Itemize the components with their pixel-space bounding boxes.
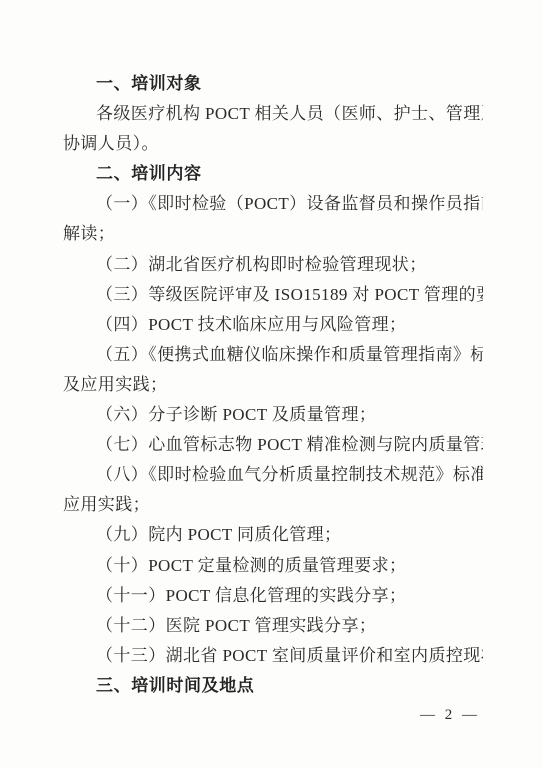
list-item-3: （三）等级医院评审及 ISO15189 对 POCT 管理的要求； <box>63 280 483 310</box>
list-item-7: （七）心血管标志物 POCT 精准检测与院内质量管理； <box>63 430 483 460</box>
list-item-1-cont: 解读； <box>63 219 483 249</box>
heading-training-target: 一、培训对象 <box>63 69 483 99</box>
list-item-8-cont: 应用实践； <box>63 490 483 520</box>
list-item-5-cont: 及应用实践； <box>63 370 483 400</box>
list-item-13: （十三）湖北省 POCT 室间质量评价和室内质控现状分析。 <box>63 641 483 671</box>
list-item-9: （九）院内 POCT 同质化管理； <box>63 520 483 550</box>
list-item-2: （二）湖北省医疗机构即时检验管理现状； <box>63 250 483 280</box>
list-item-4: （四）POCT 技术临床应用与风险管理； <box>63 310 483 340</box>
heading-training-content: 二、培训内容 <box>63 159 483 189</box>
list-item-11: （十一）POCT 信息化管理的实践分享； <box>63 581 483 611</box>
document-page: 一、培训对象 各级医疗机构 POCT 相关人员（医师、护士、管理及检验科 协调人… <box>0 0 543 769</box>
paragraph-line: 协调人员）。 <box>63 129 483 159</box>
list-item-6: （六）分子诊断 POCT 及质量管理； <box>63 400 483 430</box>
list-item-1: （一）《即时检验（POCT）设备监督员和操作员指南》标准 <box>63 189 483 219</box>
list-item-5: （五）《便携式血糖仪临床操作和质量管理指南》标准解读 <box>63 340 483 370</box>
heading-training-time-place: 三、培训时间及地点 <box>63 671 483 701</box>
list-item-12: （十二）医院 POCT 管理实践分享； <box>63 611 483 641</box>
list-item-10: （十）POCT 定量检测的质量管理要求； <box>63 551 483 581</box>
list-item-8: （八）《即时检验血气分析质量控制技术规范》标准解读及 <box>63 460 483 490</box>
page-number: — 2 — <box>420 703 480 727</box>
paragraph-line: 各级医疗机构 POCT 相关人员（医师、护士、管理及检验科 <box>63 99 483 129</box>
document-body: 一、培训对象 各级医疗机构 POCT 相关人员（医师、护士、管理及检验科 协调人… <box>63 69 483 701</box>
